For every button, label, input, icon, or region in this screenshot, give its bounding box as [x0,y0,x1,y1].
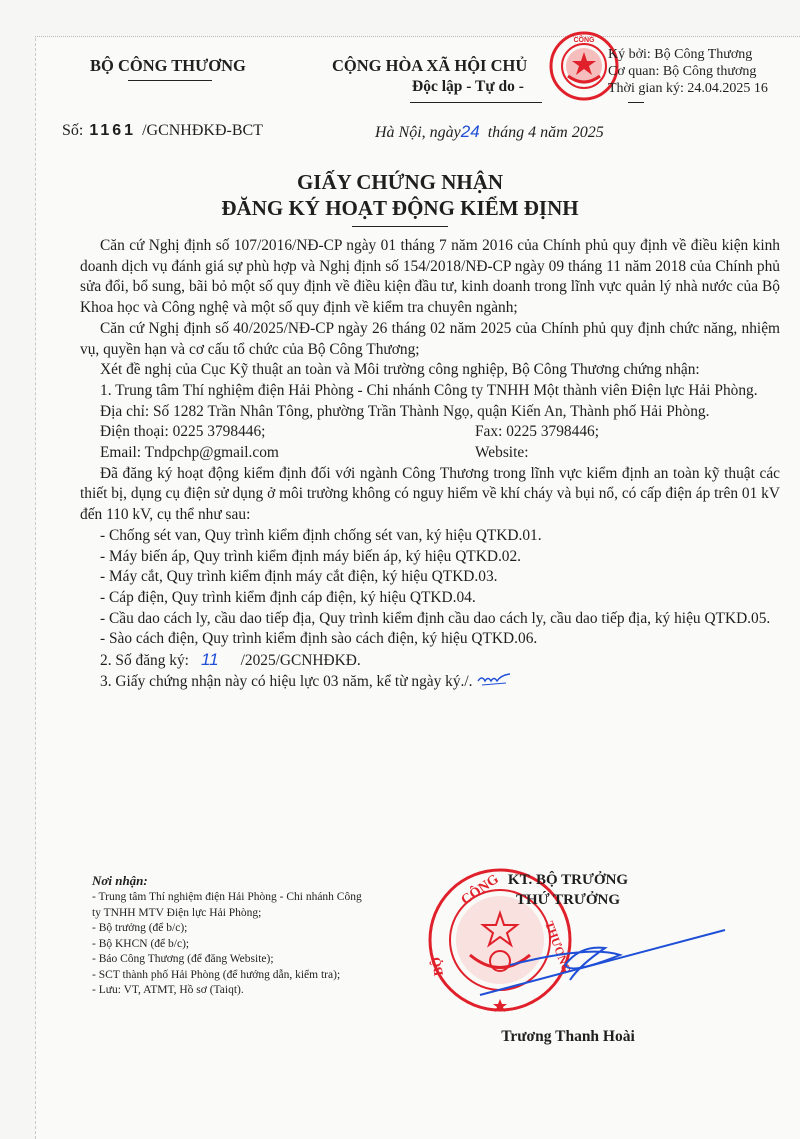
procedure-item: - Cáp điện, Quy trình kiểm định cáp điện… [80,588,780,609]
digital-signature-info: Ký bởi: Bộ Công Thương Cơ quan: Bộ Công … [608,46,768,97]
phone: Điện thoại: 0225 3798446; [80,422,475,443]
legal-basis-1: Căn cứ Nghị định số 107/2016/NĐ-CP ngày … [80,236,780,319]
handwritten-day: 24 [461,122,480,141]
document-body: Căn cứ Nghị định số 107/2016/NĐ-CP ngày … [80,236,780,692]
recipient-item: - Bộ KHCN (để b/c); [92,937,372,953]
document-subtitle: ĐĂNG KÝ HOẠT ĐỘNG KIỂM ĐỊNH [0,196,800,221]
document-number: Số:1161/GCNHĐKĐ-BCT [62,122,263,140]
national-motto: Độc lập - Tự do - [412,78,524,96]
entity-address: Địa chỉ: Số 1282 Trần Nhân Tông, phường … [80,402,780,423]
validity-statement: 3. Giấy chứng nhận này có hiệu lực 03 nă… [80,672,780,693]
national-title-text: CỘNG HÒA XÃ HỘI CHỦ [332,56,527,75]
initial-mark-icon [476,672,512,686]
contact-row-email: Email: Tndpchp@gmail.com Website: [80,443,780,464]
svg-text:BỘ: BỘ [428,956,446,977]
motto-underline [410,102,542,103]
signing-organization: Cơ quan: Bộ Công thương [608,63,768,80]
email: Email: Tndpchp@gmail.com [80,443,475,464]
signer-name: Trương Thanh Hoài [428,1028,708,1046]
signed-by: Ký bởi: Bộ Công Thương [608,46,768,63]
issuing-agency: BỘ CÔNG THƯƠNG [90,56,246,76]
title-underline [352,226,448,227]
recipients-heading: Nơi nhận: [92,872,372,890]
signatory-title-1: KT. BỘ TRƯỞNG [428,872,708,889]
agency-underline [128,80,212,81]
legal-basis-2: Căn cứ Nghị định số 40/2025/NĐ-CP ngày 2… [80,319,780,360]
procedure-item: - Sào cách điện, Quy trình kiểm định sào… [80,629,780,650]
handwritten-registration-number: 11 [201,650,219,669]
recipient-item: - SCT thành phố Hải Phòng (để hướng dẫn,… [92,968,372,984]
procedure-item: - Máy biến áp, Quy trình kiểm định máy b… [80,547,780,568]
motto-underline-tail [628,102,644,103]
recipient-item: - Bộ trưởng (để b/c); [92,921,372,937]
document-title: GIẤY CHỨNG NHẬN [0,170,800,195]
registration-number: 2. Số đăng ký:11/2025/GCNHĐKĐ. [80,650,780,672]
top-border [35,36,800,37]
svg-text:CÔNG: CÔNG [574,35,596,44]
certified-entity: 1. Trung tâm Thí nghiệm điện Hải Phòng -… [80,381,780,402]
scope-paragraph: Đã đăng ký hoạt động kiểm định đối với n… [80,464,780,526]
fax: Fax: 0225 3798446; [475,422,599,443]
procedure-item: - Chống sét van, Quy trình kiểm định chố… [80,526,780,547]
recipient-item: - Lưu: VT, ATMT, Hồ sơ (Taiqt). [92,983,372,999]
procedure-item: - Cầu dao cách ly, cầu dao tiếp địa, Quy… [80,609,780,630]
recipient-item: - Trung tâm Thí nghiệm điện Hải Phòng - … [92,890,372,921]
document-number-value: 1161 [89,122,136,139]
signing-time: Thời gian ký: 24.04.2025 16 [608,80,768,97]
date-line: Hà Nội, ngày24 tháng 4 năm 2025 [375,122,604,142]
signatory-title-2: THỨ TRƯỞNG [428,892,708,909]
proposal-paragraph: Xét đề nghị của Cục Kỹ thuật an toàn và … [80,360,780,381]
website: Website: [475,443,528,464]
contact-row-phone: Điện thoại: 0225 3798446; Fax: 0225 3798… [80,422,780,443]
recipient-item: - Báo Công Thương (để đăng Website); [92,952,372,968]
procedure-item: - Máy cắt, Quy trình kiểm định máy cắt đ… [80,567,780,588]
recipients-block: Nơi nhận: - Trung tâm Thí nghiệm điện Hả… [92,872,372,999]
handwritten-signature-icon [470,925,730,1000]
